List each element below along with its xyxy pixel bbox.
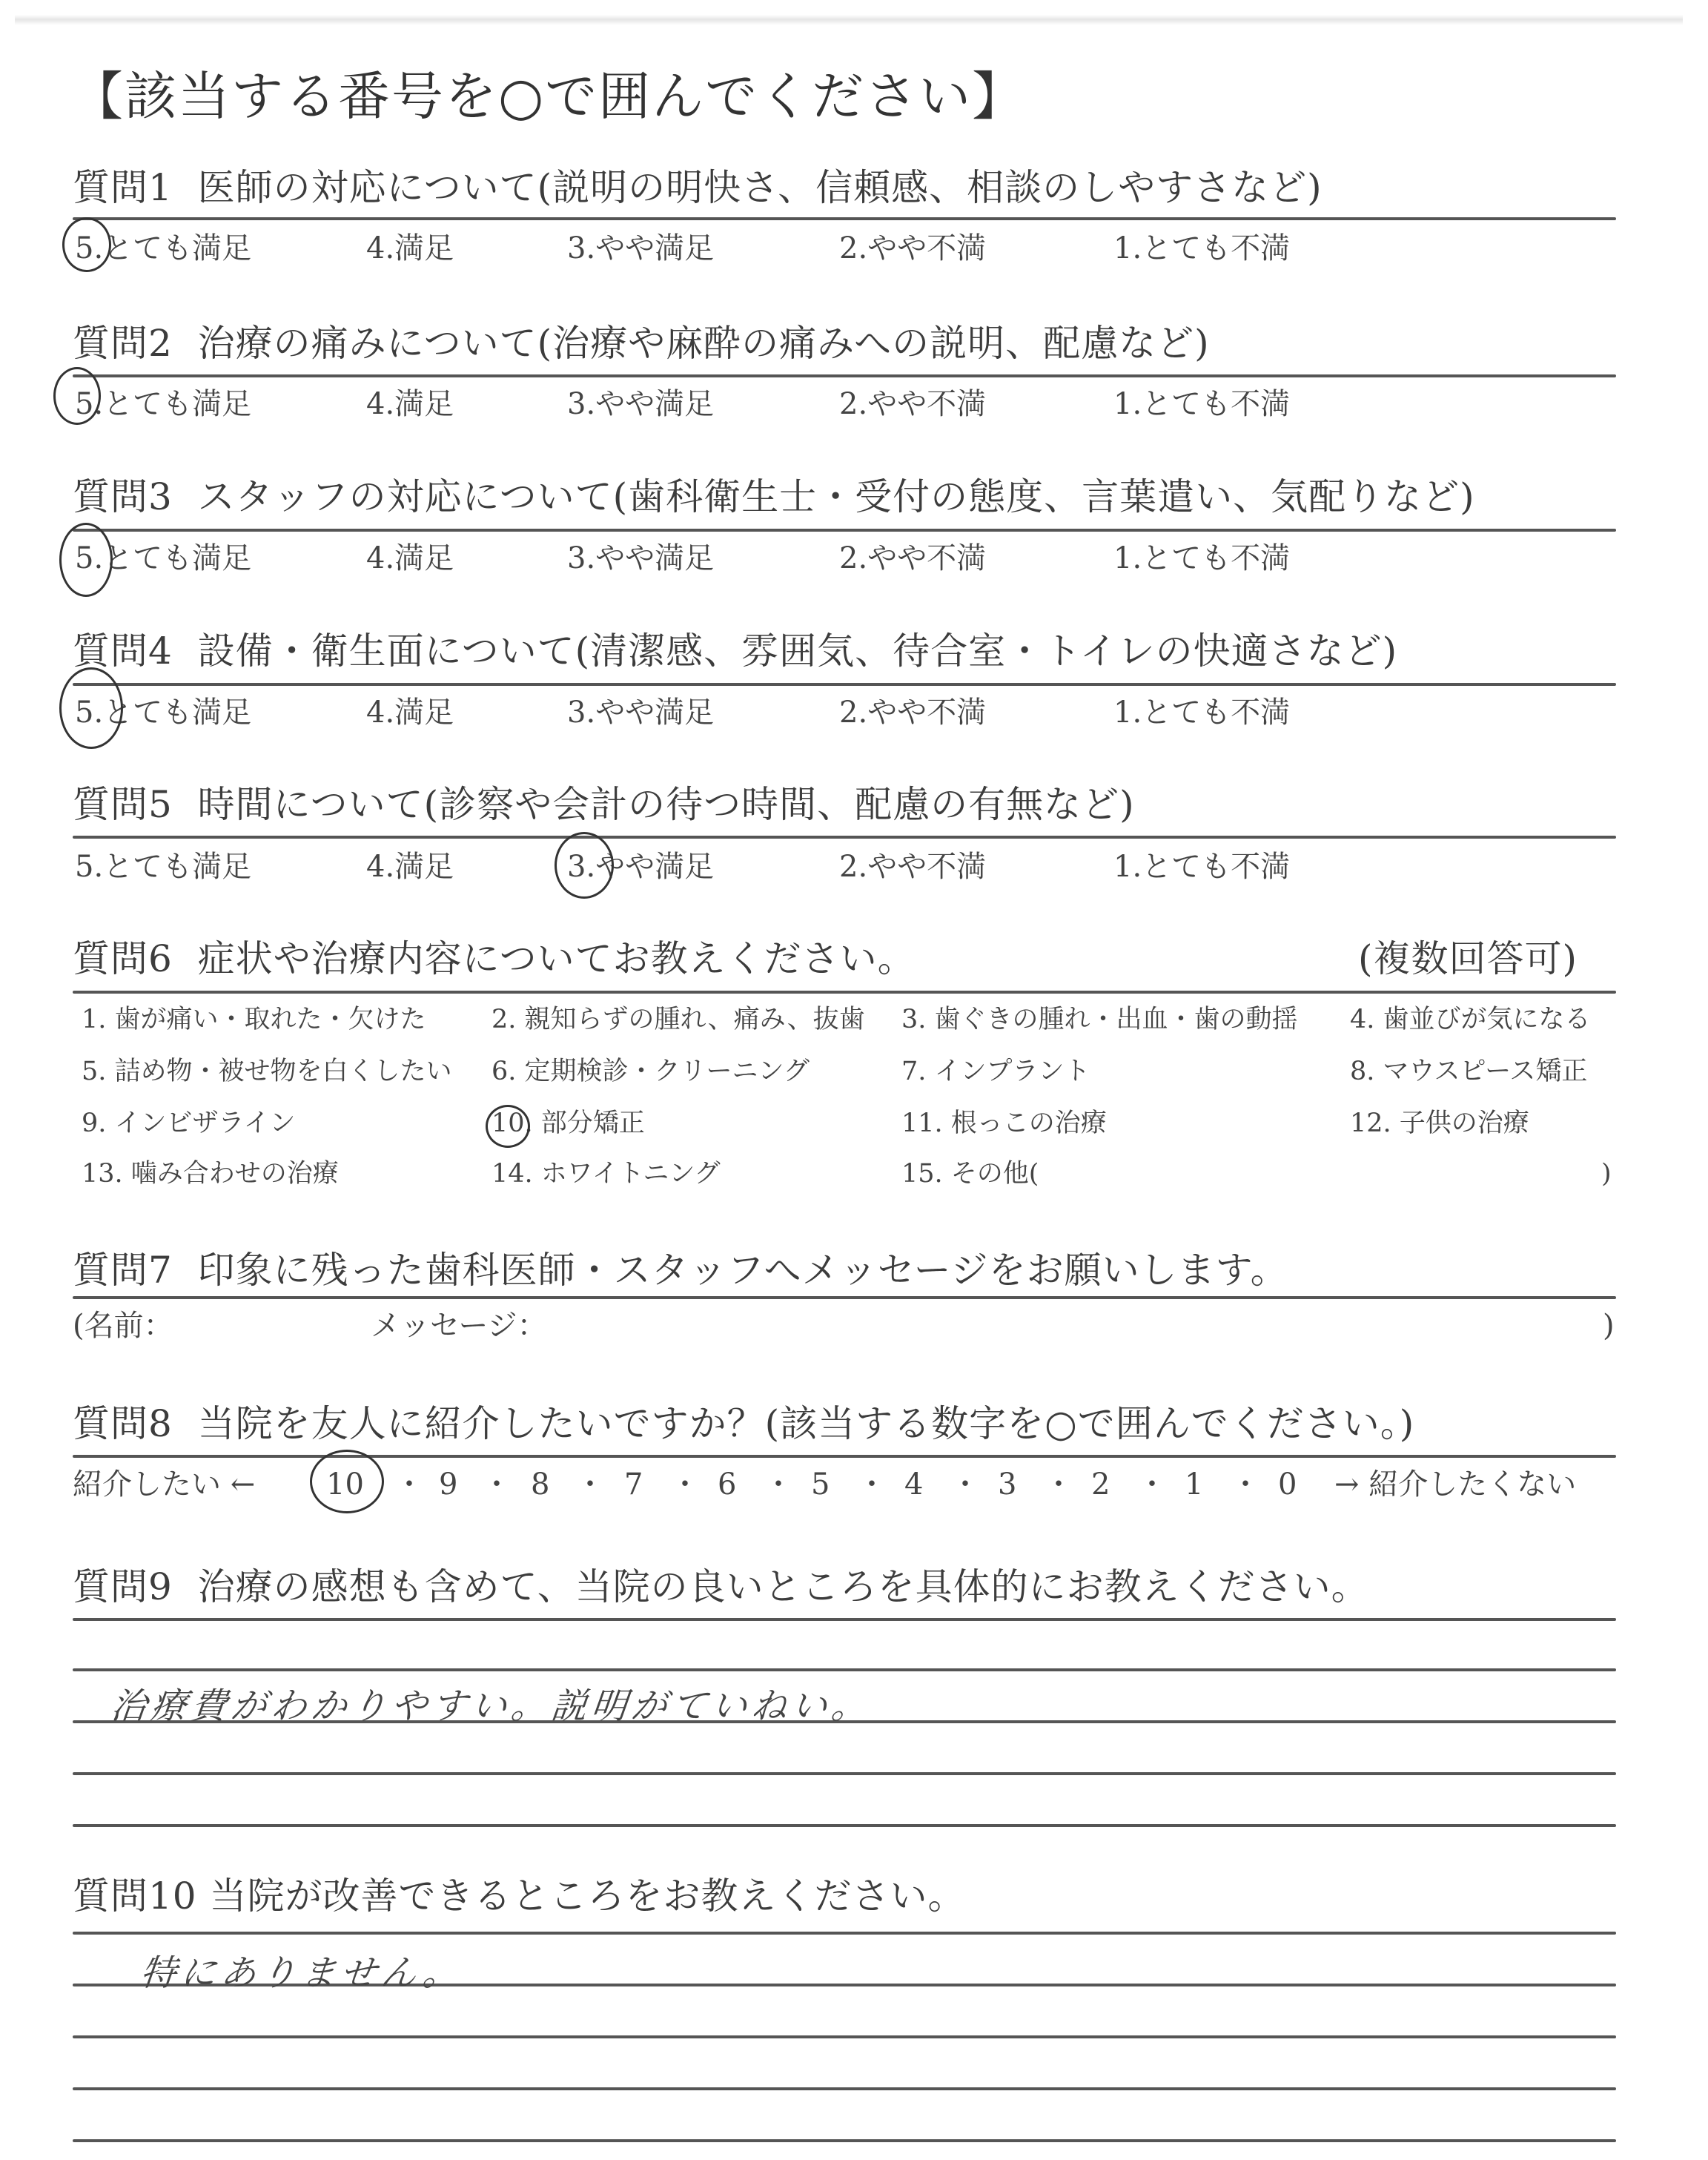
q3-option-3[interactable]: 3.やや満足: [567, 544, 714, 573]
scale-5[interactable]: 5: [811, 1470, 830, 1499]
q5-option-4[interactable]: 4.満足: [366, 852, 454, 882]
question-6-label: 質問6: [73, 937, 173, 980]
q6-item-5[interactable]: 5. 詰め物・被せ物を白くしたい: [82, 1059, 452, 1085]
q6-item-6[interactable]: 6. 定期検診・クリーニング: [491, 1059, 810, 1085]
question-5-label: 質問5: [73, 783, 173, 826]
q9-answer-line: [73, 1618, 1616, 1621]
question-9-label: 質問9: [73, 1565, 173, 1608]
question-2-label: 質問2: [73, 322, 173, 365]
selection-circle-q3: [59, 523, 113, 597]
q3-option-4[interactable]: 4.満足: [366, 544, 454, 573]
scale-3[interactable]: 3: [998, 1470, 1016, 1499]
q10-handwritten-answer[interactable]: 特にありません。: [138, 1944, 466, 1995]
question-8-rule: [73, 1455, 1616, 1458]
q1-option-4[interactable]: 4.満足: [366, 234, 454, 263]
question-5-heading: 質問5 時間について(診察や会計の待つ時間、配慮の有無など): [73, 786, 1135, 823]
q6-item-8[interactable]: 8. マウスピース矯正: [1350, 1059, 1587, 1085]
question-9-text: 治療の感想も含めて、当院の良いところを具体的にお教えください。: [198, 1565, 1369, 1608]
question-2-text: 治療の痛みについて(治療や麻酔の痛みへの説明、配慮など): [198, 322, 1210, 365]
question-7-rule: [73, 1296, 1616, 1299]
q9-answer-line: [73, 1772, 1616, 1775]
q10-answer-line: [73, 2087, 1616, 2090]
q3-option-2[interactable]: 2.やや不満: [839, 544, 986, 573]
q6-item-12[interactable]: 12. 子供の治療: [1350, 1111, 1529, 1137]
scale-4[interactable]: 4: [904, 1470, 923, 1499]
q6-item-3[interactable]: 3. 歯ぐきの腫れ・出血・歯の動揺: [901, 1007, 1298, 1033]
scale-separator: ・: [1044, 1470, 1073, 1499]
page-title: 【該当する番号を○で囲んでください】: [71, 70, 1025, 122]
question-4-rule: [73, 683, 1616, 686]
q5-option-1[interactable]: 1.とても不満: [1113, 852, 1290, 882]
q5-option-5[interactable]: 5.とても満足: [75, 852, 251, 882]
question-2-rule: [73, 374, 1616, 377]
question-7-text: 印象に残った歯科医師・スタッフへメッセージをお願いします。: [198, 1249, 1288, 1292]
q2-option-3[interactable]: 3.やや満足: [567, 389, 714, 419]
question-1-text: 医師の対応について(説明の明快さ、信頼感、相談のしやすさなど): [198, 166, 1323, 209]
q2-option-5[interactable]: 5.とても満足: [75, 389, 251, 419]
question-8-heading: 質問8 当院を友人に紹介したいですか？(該当する数字を○で囲んでください。): [73, 1405, 1414, 1442]
name-label: (名前：: [73, 1311, 173, 1341]
scale-separator: ・: [394, 1470, 424, 1499]
question-1-rule: [73, 217, 1616, 220]
q10-answer-line: [73, 2139, 1616, 2142]
question-2-heading: 質問2 治療の痛みについて(治療や麻酔の痛みへの説明、配慮など): [73, 325, 1210, 362]
scale-2[interactable]: 2: [1091, 1470, 1110, 1499]
scale-separator: ・: [670, 1470, 700, 1499]
question-3-label: 質問3: [73, 475, 173, 518]
q6-item-7[interactable]: 7. インプラント: [901, 1059, 1090, 1085]
scale-separator: ・: [950, 1470, 980, 1499]
scale-1[interactable]: 1: [1185, 1470, 1203, 1499]
scale-separator: ・: [482, 1470, 512, 1499]
q6-item-15-other[interactable]: 15. その他(: [901, 1161, 1039, 1187]
q4-option-2[interactable]: 2.やや不満: [839, 698, 986, 727]
scale-8[interactable]: 8: [531, 1470, 549, 1499]
message-close-paren: ): [1603, 1311, 1615, 1341]
q5-option-2[interactable]: 2.やや不満: [839, 852, 986, 882]
question-8-label: 質問8: [73, 1402, 173, 1445]
question-10-text: 当院が改善できるところをお教えください。: [210, 1875, 966, 1918]
question-4-heading: 質問4 設備・衛生面について(清潔感、雰囲気、待合室・トイレの快適さなど): [73, 633, 1397, 670]
q6-other-close-paren: ): [1601, 1161, 1612, 1187]
q6-item-11[interactable]: 11. 根っこの治療: [901, 1111, 1107, 1137]
selection-circle-q2: [53, 367, 101, 425]
q9-handwritten-answer[interactable]: 治療費がわかりやすい。説明がていねい。: [108, 1677, 874, 1728]
q2-option-2[interactable]: 2.やや不満: [839, 389, 986, 419]
q6-item-1[interactable]: 1. 歯が痛い・取れた・欠けた: [82, 1007, 426, 1033]
q10-answer-line: [73, 1932, 1616, 1935]
scale-separator: ・: [857, 1470, 887, 1499]
message-field[interactable]: [563, 1311, 1586, 1341]
q1-option-2[interactable]: 2.やや不満: [839, 234, 986, 263]
q1-option-3[interactable]: 3.やや満足: [567, 234, 714, 263]
question-10-heading: 質問10 当院が改善できるところをお教えください。: [73, 1877, 966, 1915]
selection-circle-q5: [555, 832, 614, 899]
question-4-label: 質問4: [73, 630, 173, 673]
scale-0[interactable]: 0: [1278, 1470, 1297, 1499]
question-4-text: 設備・衛生面について(清潔感、雰囲気、待合室・トイレの快適さなど): [198, 630, 1398, 673]
question-6-heading: 質問6 症状や治療内容についてお教えください。: [73, 940, 916, 977]
question-7-label: 質問7: [73, 1249, 173, 1292]
recommend-right-label: → 紹介したくない: [1334, 1470, 1576, 1499]
q6-item-14[interactable]: 14. ホワイトニング: [491, 1161, 721, 1187]
question-3-text: スタッフの対応について(歯科衛生士・受付の態度、言葉遣い、気配りなど): [198, 475, 1475, 518]
q4-option-1[interactable]: 1.とても不満: [1113, 698, 1290, 727]
q6-item-4[interactable]: 4. 歯並びが気になる: [1350, 1007, 1591, 1033]
q2-option-4[interactable]: 4.満足: [366, 389, 454, 419]
q6-item-13[interactable]: 13. 噛み合わせの治療: [82, 1161, 339, 1187]
q6-item-2[interactable]: 2. 親知らずの腫れ、痛み、抜歯: [491, 1007, 865, 1033]
scale-9[interactable]: 9: [439, 1470, 457, 1499]
scale-separator: ・: [764, 1470, 793, 1499]
question-5-rule: [73, 836, 1616, 839]
question-7-heading: 質問7 印象に残った歯科医師・スタッフへメッセージをお願いします。: [73, 1252, 1288, 1289]
name-field[interactable]: [222, 1311, 356, 1341]
q1-option-1[interactable]: 1.とても不満: [1113, 234, 1290, 263]
multiple-answers-note: (複数回答可): [1358, 940, 1578, 977]
question-8-text: 当院を友人に紹介したいですか？(該当する数字を○で囲んでください。): [198, 1402, 1415, 1445]
scale-separator: ・: [575, 1470, 605, 1499]
q4-option-4[interactable]: 4.満足: [366, 698, 454, 727]
message-label: メッセージ：: [371, 1311, 547, 1341]
question-3-heading: 質問3 スタッフの対応について(歯科衛生士・受付の態度、言葉遣い、気配りなど): [73, 478, 1475, 515]
selection-circle-q4: [59, 667, 123, 749]
question-10-label: 質問10: [73, 1875, 197, 1918]
scale-separator: ・: [1231, 1470, 1260, 1499]
scale-6[interactable]: 6: [718, 1470, 736, 1499]
selection-circle-q8: [310, 1450, 384, 1513]
question-1-heading: 質問1 医師の対応について(説明の明快さ、信頼感、相談のしやすさなど): [73, 169, 1323, 206]
question-3-rule: [73, 529, 1616, 532]
question-6-rule: [73, 991, 1616, 994]
q2-option-1[interactable]: 1.とても不満: [1113, 389, 1290, 419]
recommend-left-label: 紹介したい ←: [73, 1470, 255, 1499]
question-5-text: 時間について(診察や会計の待つ時間、配慮の有無など): [198, 783, 1135, 826]
scan-top-edge: [15, 15, 1683, 25]
q9-answer-line: [73, 1824, 1616, 1827]
question-6-text: 症状や治療内容についてお教えください。: [198, 937, 916, 980]
selection-circle-q6-item-10: [486, 1105, 530, 1148]
q6-item-9[interactable]: 9. インビザライン: [82, 1111, 295, 1137]
scale-separator: ・: [1137, 1470, 1167, 1499]
q9-answer-line: [73, 1668, 1616, 1671]
selection-circle-q1: [62, 217, 111, 272]
scale-7[interactable]: 7: [624, 1470, 643, 1499]
question-1-label: 質問1: [73, 166, 173, 209]
question-9-heading: 質問9 治療の感想も含めて、当院の良いところを具体的にお教えください。: [73, 1568, 1369, 1605]
q4-option-3[interactable]: 3.やや満足: [567, 698, 714, 727]
q10-answer-line: [73, 2035, 1616, 2038]
q3-option-1[interactable]: 1.とても不満: [1113, 544, 1290, 573]
